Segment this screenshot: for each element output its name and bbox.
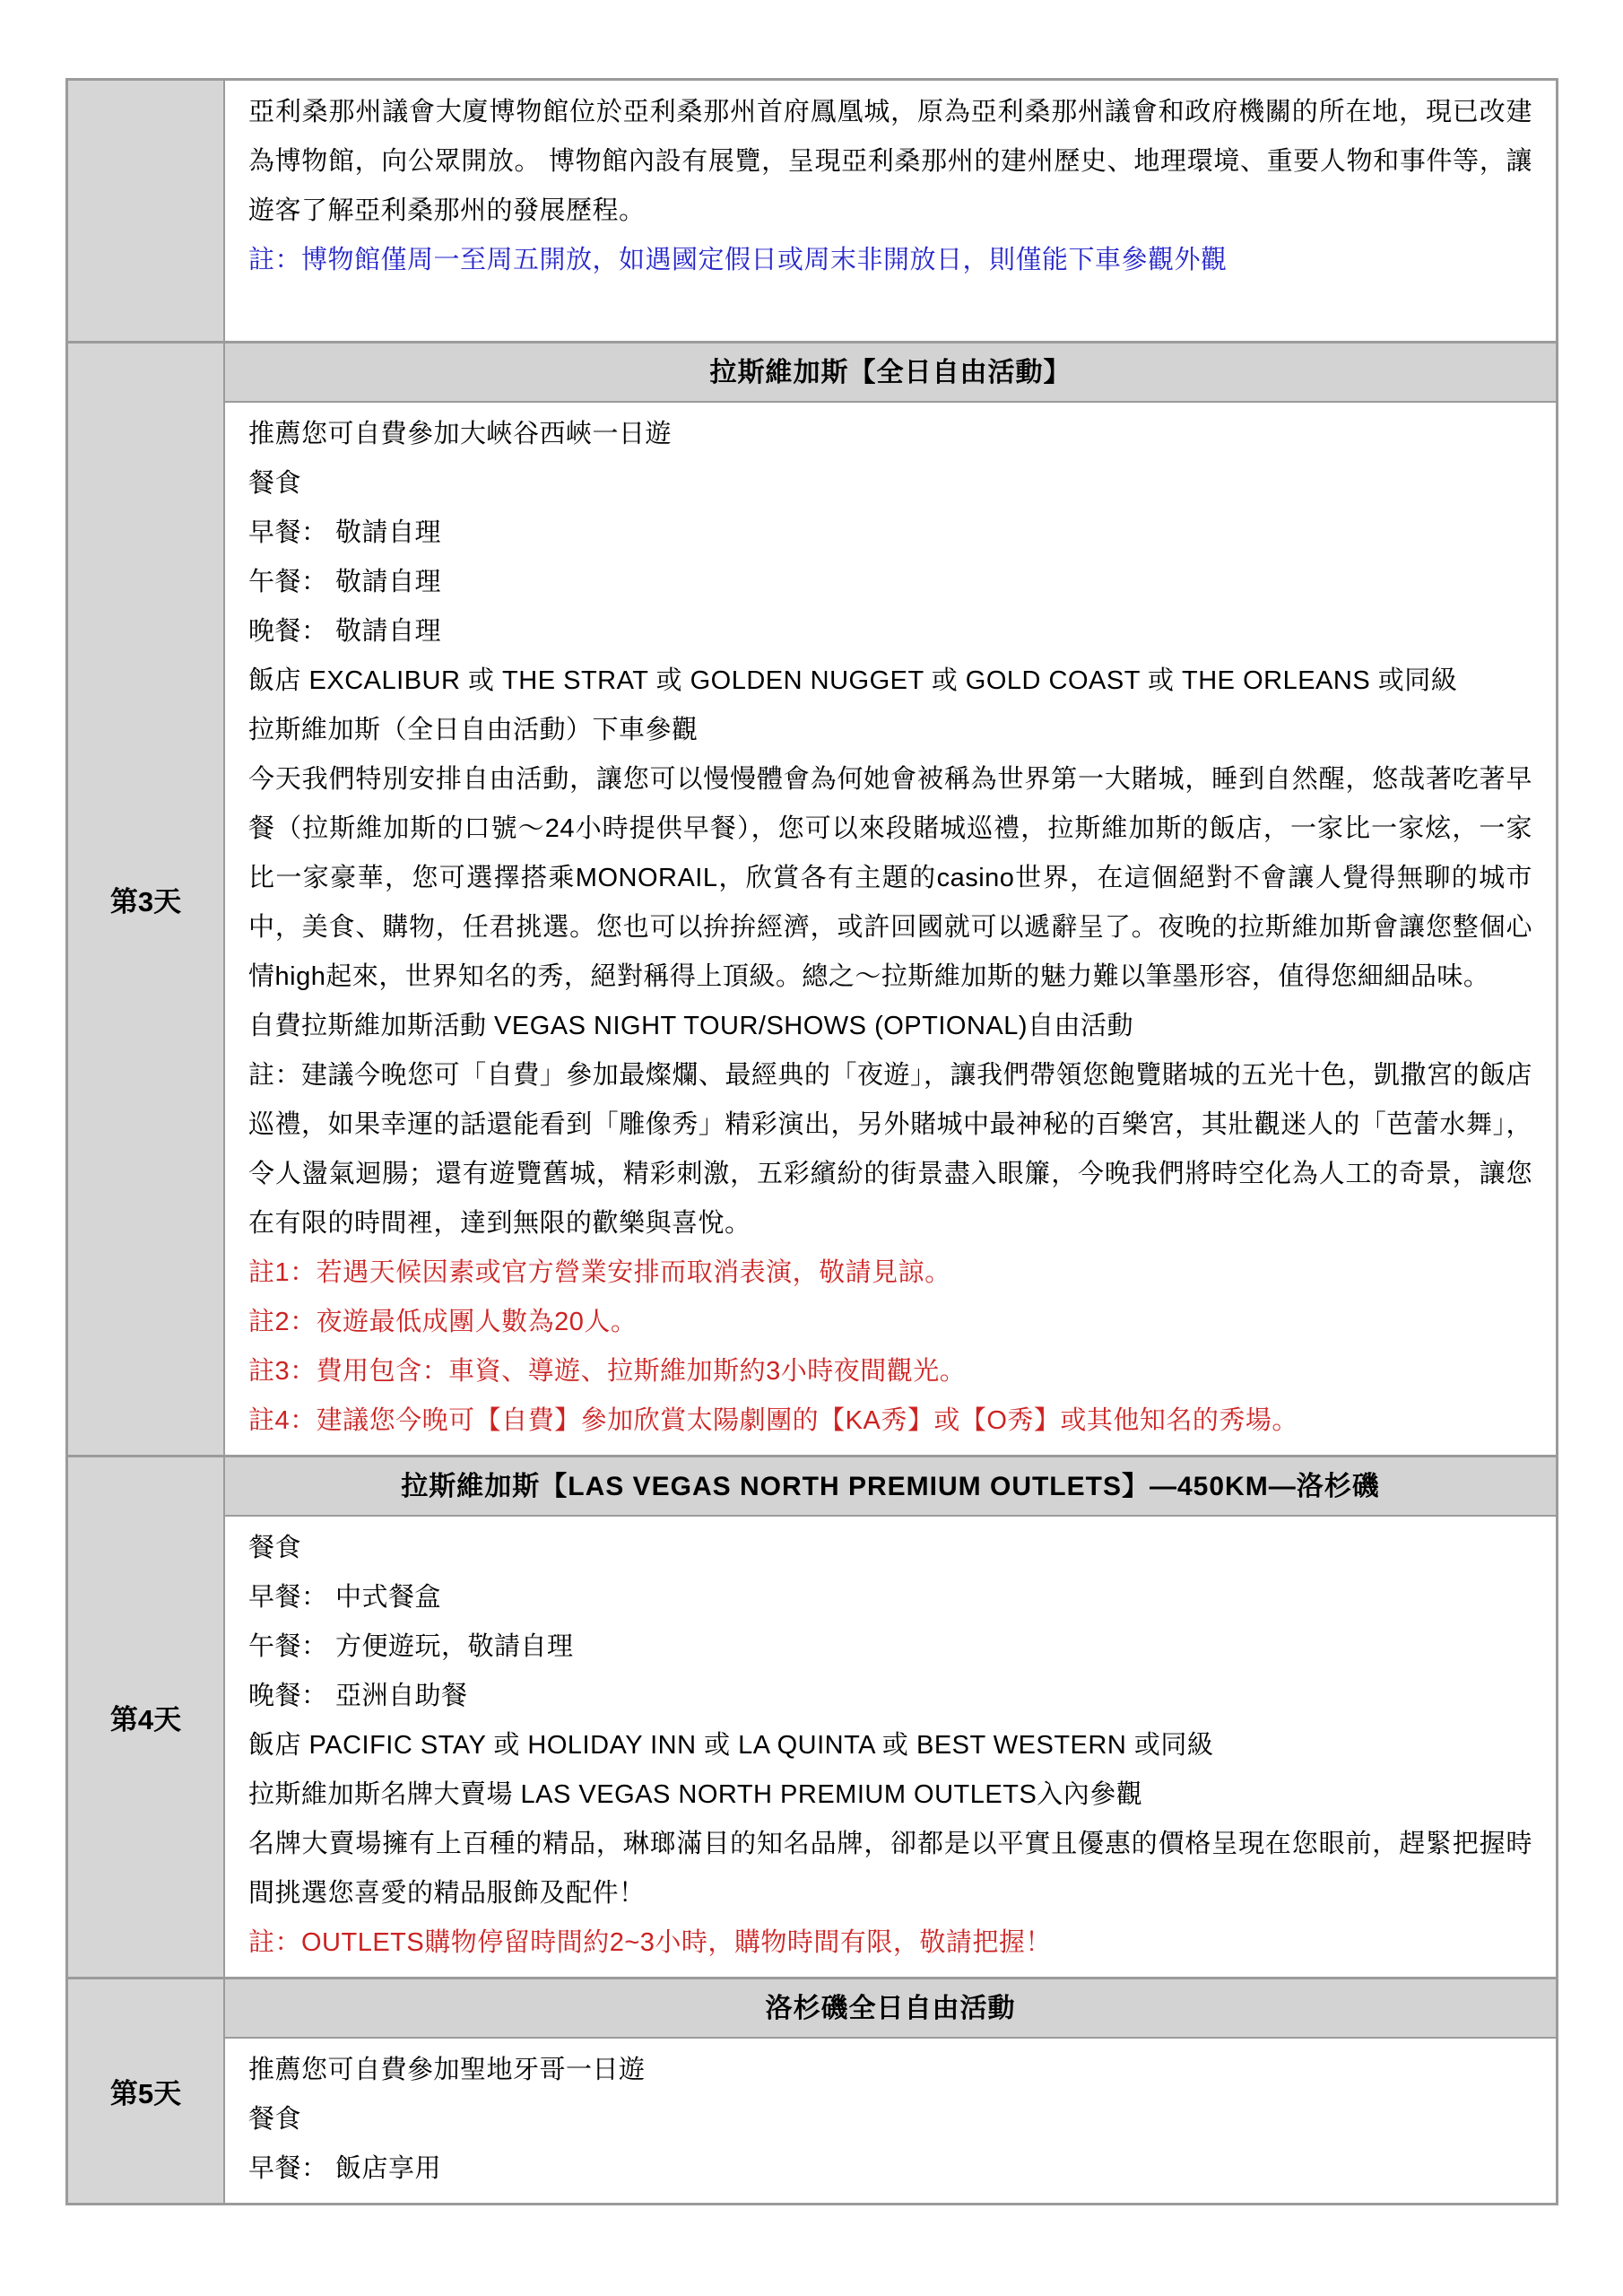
- breakfast-line: 早餐： 飯店享用: [248, 2144, 1532, 2194]
- day-label-day3: 第3天: [68, 344, 225, 1455]
- hotel-line: 飯店 EXCALIBUR 或 THE STRAT 或 GOLDEN NUGGET…: [248, 657, 1532, 706]
- itinerary-line: 拉斯維加斯名牌大賣場 LAS VEGAS NORTH PREMIUM OUTLE…: [248, 1770, 1532, 1820]
- note-red-1: 註1：若遇天候因素或官方營業安排而取消表演，敬請見諒。: [248, 1248, 1532, 1298]
- day-section-continuation: 亞利桑那州議會大廈博物館位於亞利桑那州首府鳳凰城，原為亞利桑那州議會和政府機關的…: [68, 81, 1556, 341]
- meals-label: 餐食: [248, 1524, 1532, 1573]
- itinerary-paragraph: 今天我們特別安排自由活動，讓您可以慢慢體會為何她會被稱為世界第一大賭城，睡到自然…: [248, 755, 1532, 1002]
- section-content-col: 拉斯維加斯【LAS VEGAS NORTH PREMIUM OUTLETS】—4…: [225, 1457, 1556, 1977]
- lunch-line: 午餐： 敬請自理: [248, 558, 1532, 607]
- section-content-col: 拉斯維加斯【全日自由活動】 推薦您可自費參加大峽谷西峽一日遊 餐食 早餐： 敬請…: [225, 344, 1556, 1455]
- day-label-day4: 第4天: [68, 1457, 225, 1977]
- day-header-day3: 拉斯維加斯【全日自由活動】: [225, 344, 1556, 403]
- section-content-col: 亞利桑那州議會大廈博物館位於亞利桑那州首府鳳凰城，原為亞利桑那州議會和政府機關的…: [225, 81, 1556, 341]
- section-content-col: 洛杉磯全日自由活動 推薦您可自費參加聖地牙哥一日遊 餐食 早餐： 飯店享用: [225, 1979, 1556, 2203]
- itinerary-table: 亞利桑那州議會大廈博物館位於亞利桑那州首府鳳凰城，原為亞利桑那州議會和政府機關的…: [65, 78, 1558, 2205]
- day-header-day5: 洛杉磯全日自由活動: [225, 1979, 1556, 2039]
- itinerary-line: 拉斯維加斯（全日自由活動）下車參觀: [248, 706, 1532, 755]
- dinner-line: 晚餐： 亞洲自助餐: [248, 1672, 1532, 1721]
- note-blue: 註：博物館僅周一至周五開放，如遇國定假日或周末非開放日，則僅能下車參觀外觀: [248, 236, 1532, 285]
- lunch-line: 午餐： 方便遊玩，敬請自理: [248, 1622, 1532, 1672]
- itinerary-paragraph: 註：建議今晚您可「自費」參加最燦爛、最經典的「夜遊」，讓我們帶領您飽覽賭城的五光…: [248, 1051, 1532, 1248]
- section-content: 亞利桑那州議會大廈博物館位於亞利桑那州首府鳳凰城，原為亞利桑那州議會和政府機關的…: [225, 81, 1556, 341]
- meals-label: 餐食: [248, 2095, 1532, 2144]
- breakfast-line: 早餐： 中式餐盒: [248, 1573, 1532, 1622]
- section-content: 推薦您可自費參加聖地牙哥一日遊 餐食 早餐： 飯店享用: [225, 2039, 1556, 2203]
- note-red-4: 註4：建議您今晚可【自費】參加欣賞太陽劇團的【KA秀】或【O秀】或其他知名的秀場…: [248, 1396, 1532, 1446]
- note-red-3: 註3：費用包含：車資、導遊、拉斯維加斯約3小時夜間觀光。: [248, 1347, 1532, 1396]
- document-page: 亞利桑那州議會大廈博物館位於亞利桑那州首府鳳凰城，原為亞利桑那州議會和政府機關的…: [0, 0, 1623, 2296]
- note-red: 註：OUTLETS購物停留時間約2~3小時，購物時間有限，敬請把握！: [248, 1918, 1532, 1968]
- itinerary-paragraph: 亞利桑那州議會大廈博物館位於亞利桑那州首府鳳凰城，原為亞利桑那州議會和政府機關的…: [248, 88, 1532, 236]
- section-content: 推薦您可自費參加大峽谷西峽一日遊 餐食 早餐： 敬請自理 午餐： 敬請自理 晚餐…: [225, 403, 1556, 1455]
- day-header-day4: 拉斯維加斯【LAS VEGAS NORTH PREMIUM OUTLETS】—4…: [225, 1457, 1556, 1517]
- breakfast-line: 早餐： 敬請自理: [248, 509, 1532, 558]
- day-section-day5: 第5天 洛杉磯全日自由活動 推薦您可自費參加聖地牙哥一日遊 餐食 早餐： 飯店享…: [68, 1977, 1556, 2203]
- itinerary-line: 推薦您可自費參加聖地牙哥一日遊: [248, 2046, 1532, 2095]
- itinerary-paragraph: 名牌大賣場擁有上百種的精品，琳瑯滿目的知名品牌，卻都是以平實且優惠的價格呈現在您…: [248, 1820, 1532, 1918]
- section-content: 餐食 早餐： 中式餐盒 午餐： 方便遊玩，敬請自理 晚餐： 亞洲自助餐 飯店 P…: [225, 1517, 1556, 1977]
- itinerary-line: 推薦您可自費參加大峽谷西峽一日遊: [248, 410, 1532, 459]
- meals-label: 餐食: [248, 459, 1532, 509]
- itinerary-line: 自費拉斯維加斯活動 VEGAS NIGHT TOUR/SHOWS (OPTION…: [248, 1002, 1532, 1051]
- day-label-empty: [68, 81, 225, 341]
- note-red-2: 註2：夜遊最低成團人數為20人。: [248, 1298, 1532, 1347]
- day-label-day5: 第5天: [68, 1979, 225, 2203]
- day-section-day3: 第3天 拉斯維加斯【全日自由活動】 推薦您可自費參加大峽谷西峽一日遊 餐食 早餐…: [68, 341, 1556, 1455]
- hotel-line: 飯店 PACIFIC STAY 或 HOLIDAY INN 或 LA QUINT…: [248, 1721, 1532, 1770]
- day-section-day4: 第4天 拉斯維加斯【LAS VEGAS NORTH PREMIUM OUTLET…: [68, 1455, 1556, 1977]
- dinner-line: 晚餐： 敬請自理: [248, 607, 1532, 657]
